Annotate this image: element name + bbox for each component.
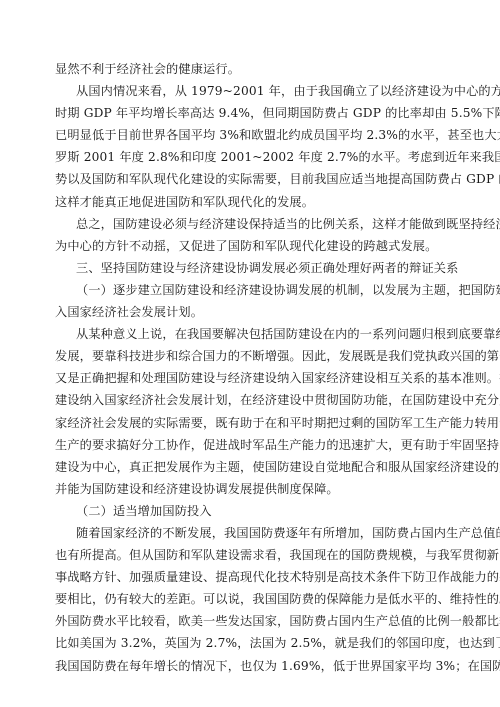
text-line: 建设为中心，真正把发展作为主题，使国防建设自觉地配合和服从国家经济建设的大局，	[55, 456, 447, 478]
text-line: 从国内情况来看，从 1979~2001 年，由于我国确立了以经济建设为中心的方针…	[55, 80, 447, 102]
text-line: 家经济社会发展的实际需要，既有助于在和平时期把过剩的国防军工生产能力转用于民品	[55, 412, 447, 434]
text-line: 建设纳入国家经济社会发展计划，在经济建设中贯彻国防功能，在国防建设中充分反映国	[55, 389, 447, 411]
text-line: 入国家经济社会发展计划。	[55, 301, 447, 323]
text-line: 总之，国防建设必须与经济建设保持适当的比例关系，这样才能做到既坚持经济建设	[55, 213, 447, 235]
text-line: 随着国家经济的不断发展，我国国防费逐年有所增加，国防费占国内生产总值的比重	[55, 522, 447, 544]
text-line: 生产的要求搞好分工协作，促进战时军品生产能力的迅速扩大，更有助于牢固坚持以经济	[55, 434, 447, 456]
text-line: 发展，要靠科技进步和综合国力的不断增强。因此，发展既是我们党执政兴国的第一要务，	[55, 345, 447, 367]
text-line: 时期 GDP 年平均增长率高达 9.4%，但同期国防费占 GDP 的比率却由 5…	[55, 102, 447, 124]
text-line: （二）适当增加国防投入	[55, 500, 447, 522]
text-line: 并能为国防建设和经济建设协调发展提供制度保障。	[55, 478, 447, 500]
text-line: 事战略方针、加强质量建设、提高现代化技术特别是高技术条件下防卫作战能力的基本需	[55, 566, 447, 588]
text-line: 也有所提高。但从国防和军队建设需求看，我国现在的国防费规模，与我军贯彻新时期军	[55, 544, 447, 566]
text-line: 比如美国为 3.2%，英国为 2.7%，法国为 2.5%，就是我们的邻国印度，也…	[55, 632, 447, 654]
text-line: 显然不利于经济社会的健康运行。	[55, 58, 447, 80]
text-line: 罗斯 2001 年度 2.8%和印度 2001~2002 年度 2.7%的水平。…	[55, 146, 447, 168]
text-line: 从某种意义上说，在我国要解决包括国防建设在内的一系列问题归根到底要靠经济的	[55, 323, 447, 345]
text-line: 我国国防费在每年增长的情况下，也仅为 1.69%，低于世界国家平均 3%；在国防…	[55, 655, 447, 677]
text-line: 为中心的方针不动摇，又促进了国防和军队现代化建设的跨越式发展。	[55, 235, 447, 257]
text-line: 这样才能真正地促进国防和军队现代化的发展。	[55, 191, 447, 213]
document-page: 显然不利于经济社会的健康运行。从国内情况来看，从 1979~2001 年，由于我…	[55, 58, 447, 677]
text-line: 三、坚持国防建设与经济建设协调发展必须正确处理好两者的辩证关系	[55, 257, 447, 279]
text-line: 已明显低于目前世界各国平均 3%和欧盟北约成员国平均 2.3%的水平，甚至也大大…	[55, 124, 447, 146]
text-line: 势以及国防和军队现代化建设的实际需要，目前我国应适当地提高国防费占 GDP 的比…	[55, 168, 447, 190]
text-line: 外国防费水平比较看，欧美一些发达国家，国防费占国内生产总值的比例一般都比较高，	[55, 610, 447, 632]
text-line: 要相比，仍有较大的差距。可以说，我国国防费的保障能力是低水平的、维持性的。从中	[55, 588, 447, 610]
text-line: （一）逐步建立国防建设和经济建设协调发展的机制，以发展为主题，把国防建设纳	[55, 279, 447, 301]
text-line: 又是正确把握和处理国防建设与经济建设纳入国家经济建设相互关系的基本准则。把国防	[55, 367, 447, 389]
